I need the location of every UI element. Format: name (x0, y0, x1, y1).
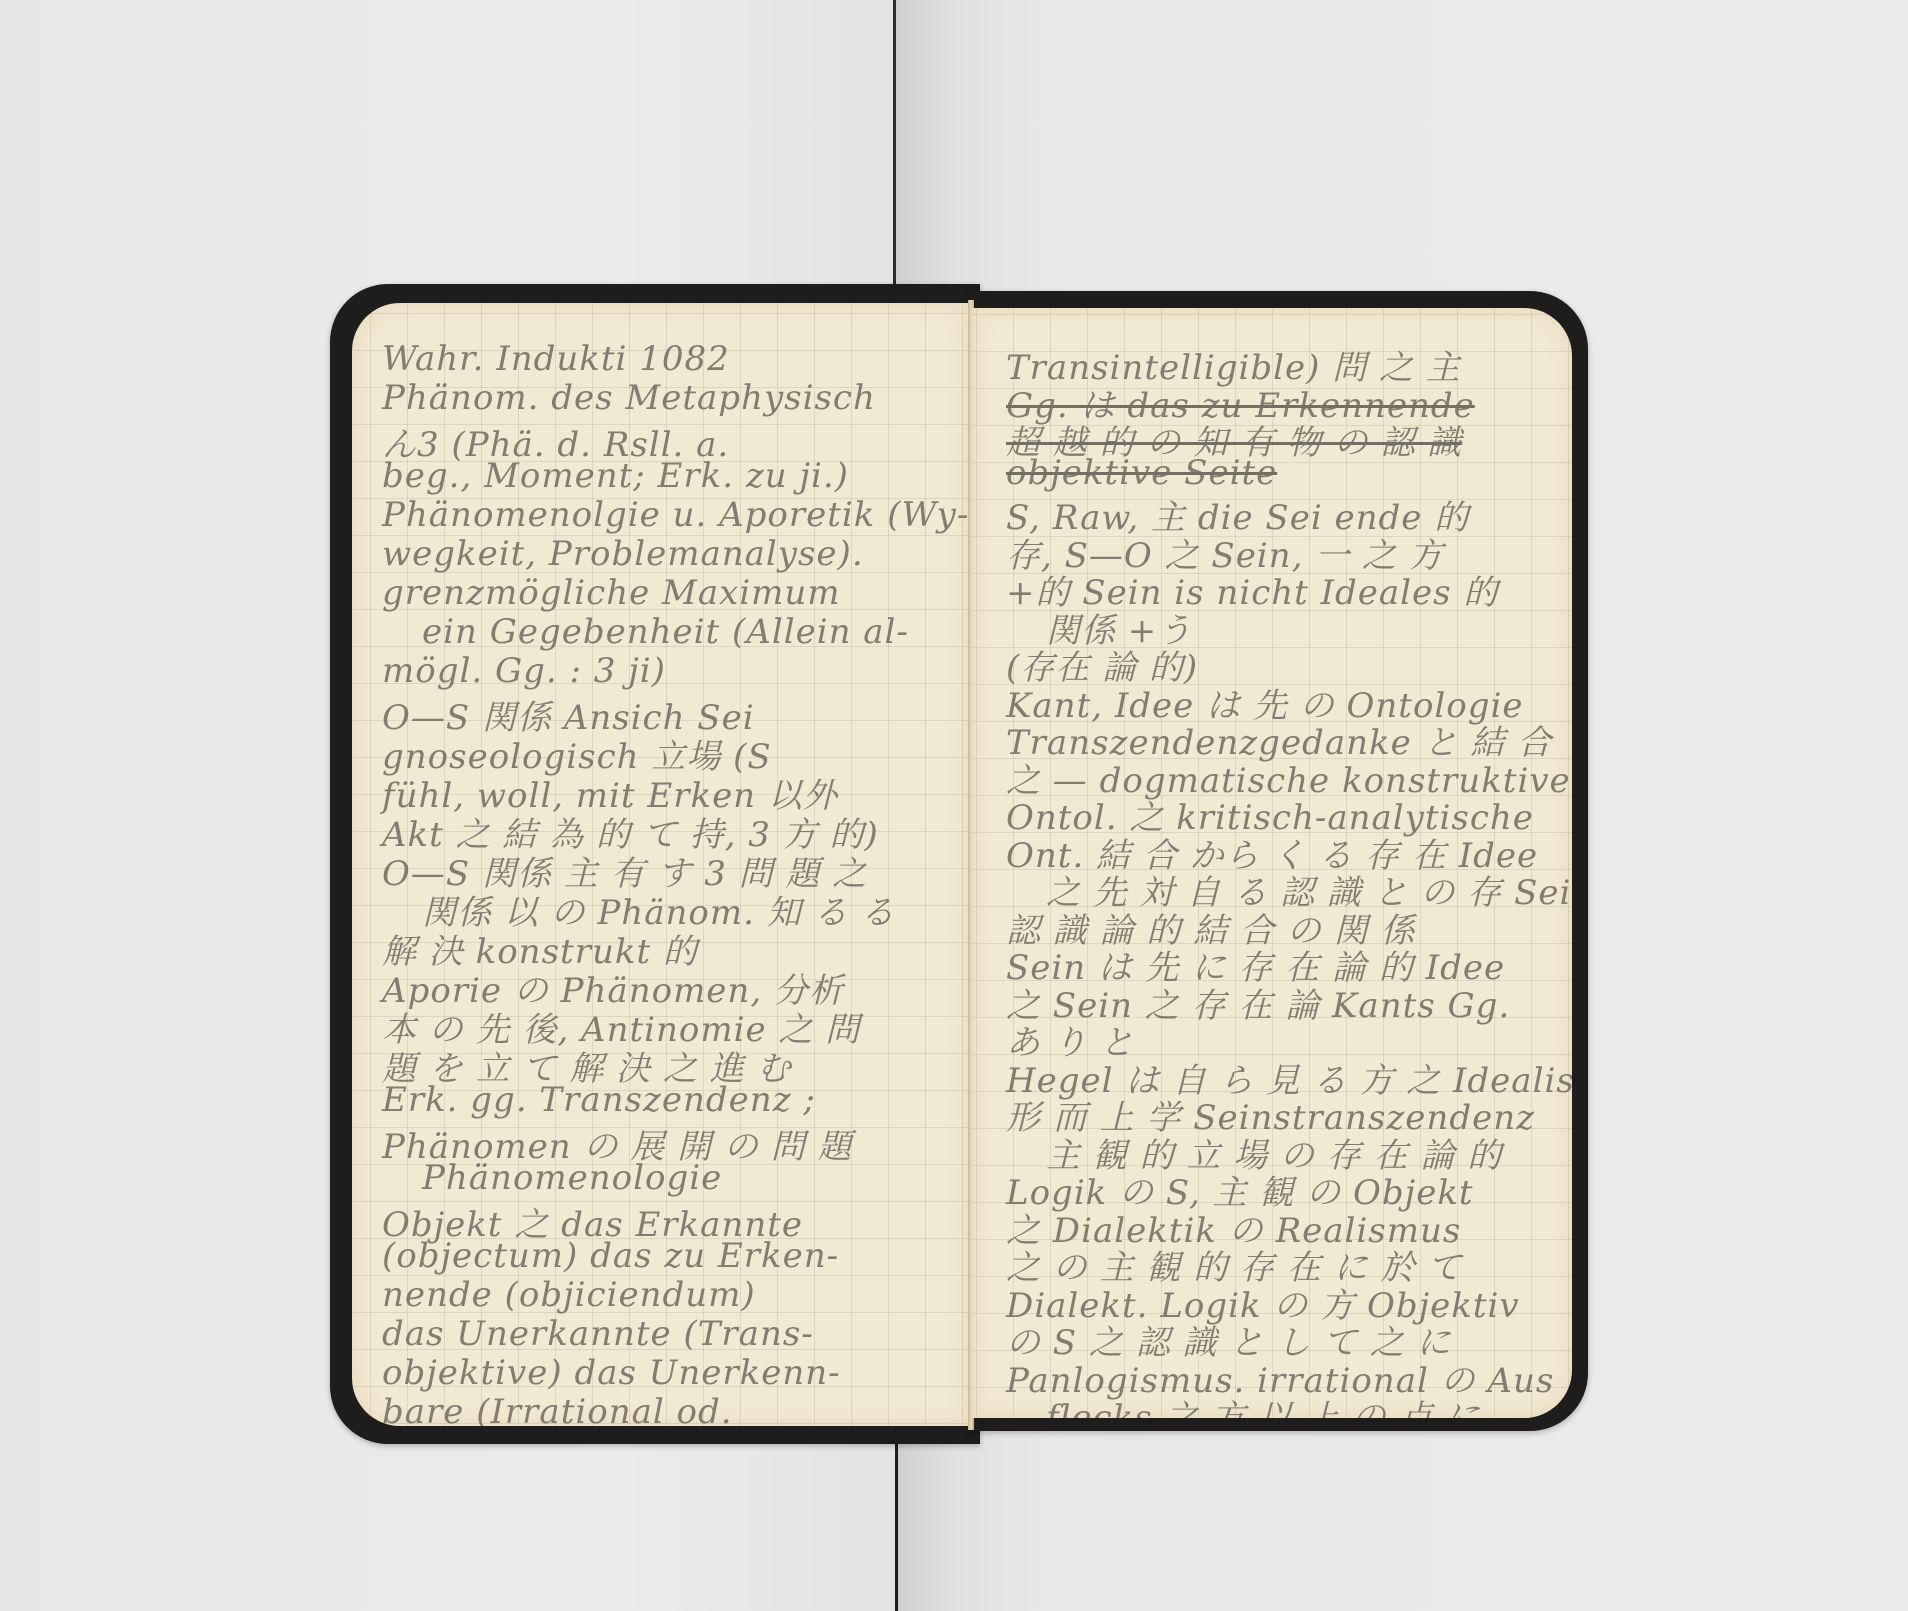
handwritten-line: Phänomenologie (422, 1158, 722, 1198)
handwritten-line: mögl. Gg. : 3 ji) (382, 651, 666, 691)
handwritten-line: das Unerkannte (Trans- (382, 1314, 814, 1354)
handwritten-line: (objectum) das zu Erken- (382, 1236, 839, 1276)
handwritten-line: wegkeit, Problemanalyse). (382, 534, 864, 574)
handwritten-line: flecks 之 方 以 上 の 点 に (1046, 1390, 1480, 1418)
background-seam-bottom (895, 1440, 898, 1611)
handwritten-line: Phänomenolgie u. Aporetik (Wy- (382, 495, 969, 535)
handwritten-line: ein Gegebenheit (Allein al- (422, 612, 909, 652)
handwritten-line: objektive) das Unerkenn- (382, 1353, 841, 1393)
handwritten-line: nende (objiciendum) (382, 1275, 756, 1315)
handwritten-line: Phänom. des Metaphysisch (382, 378, 876, 418)
handwritten-line: Wahr. Indukti 1082 (382, 339, 730, 379)
handwritten-line: beg., Moment; Erk. zu ji.) (382, 456, 849, 496)
background-seam-top (893, 0, 896, 285)
handwritten-line: grenzmögliche Maximum (382, 573, 841, 613)
handwritten-line: bare (Irrational od. (382, 1392, 733, 1426)
handwritten-line: objektive Seite (1006, 453, 1277, 493)
notebook-page-right: Transintelligible) 問 之 主Gg. は das zu Erk… (972, 308, 1572, 1418)
notebook-page-left: Wahr. Indukti 1082Phänom. des Metaphysis… (352, 303, 970, 1426)
handwritten-line: Erk. gg. Transzendenz ; (382, 1080, 816, 1120)
